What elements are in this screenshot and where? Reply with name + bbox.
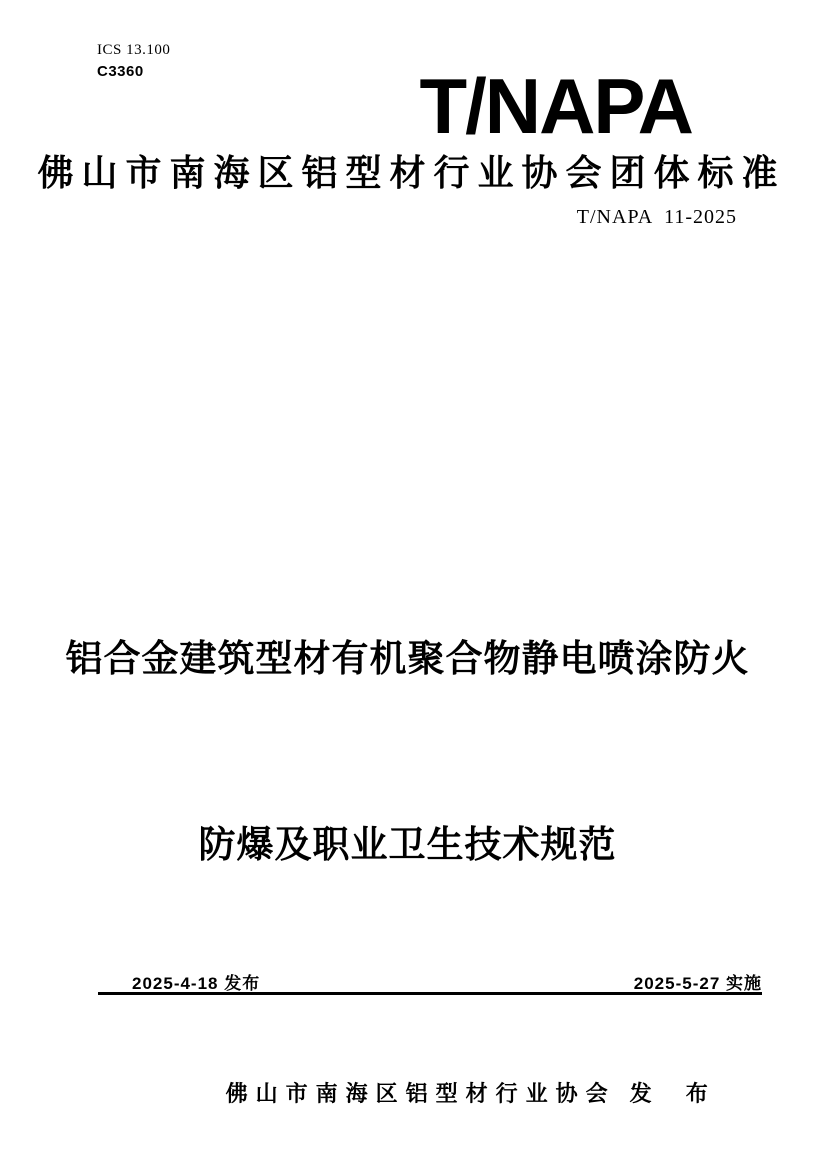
association-standard-banner: 佛山市南海区铝型材行业协会团体标准: [0, 150, 815, 196]
standard-number: T/NAPA 11-2025: [577, 206, 737, 229]
document-title: 铝合金建筑型材有机聚合物静电喷涂防火 防爆及职业卫生技术规范: [0, 504, 815, 1000]
ics-block: ICS 13.100 C3360: [97, 40, 170, 82]
ics-code: ICS 13.100: [97, 40, 170, 61]
document-class-code: C3360: [97, 61, 170, 82]
publisher-row: 佛山市南海区铝型材行业协会发 布: [0, 1046, 815, 1142]
standard-cover-page: ICS 13.100 C3360 T/NAPA 佛山市南海区铝型材行业协会团体标…: [0, 0, 815, 1151]
publish-label: 发 布: [630, 1081, 722, 1106]
horizontal-rule: [98, 992, 762, 995]
standard-body-logo: T/NAPA: [419, 67, 692, 145]
implementation-date: 2025-5-27 实施: [634, 969, 762, 994]
publisher-name: 佛山市南海区铝型材行业协会: [226, 1081, 616, 1106]
document-title-line-2: 防爆及职业卫生技术规范: [0, 814, 815, 876]
issue-date: 2025-4-18 发布: [98, 969, 260, 994]
document-title-line-1: 铝合金建筑型材有机聚合物静电喷涂防火: [0, 628, 815, 690]
date-row: 2025-4-18 发布 2025-5-27 实施: [98, 969, 762, 994]
